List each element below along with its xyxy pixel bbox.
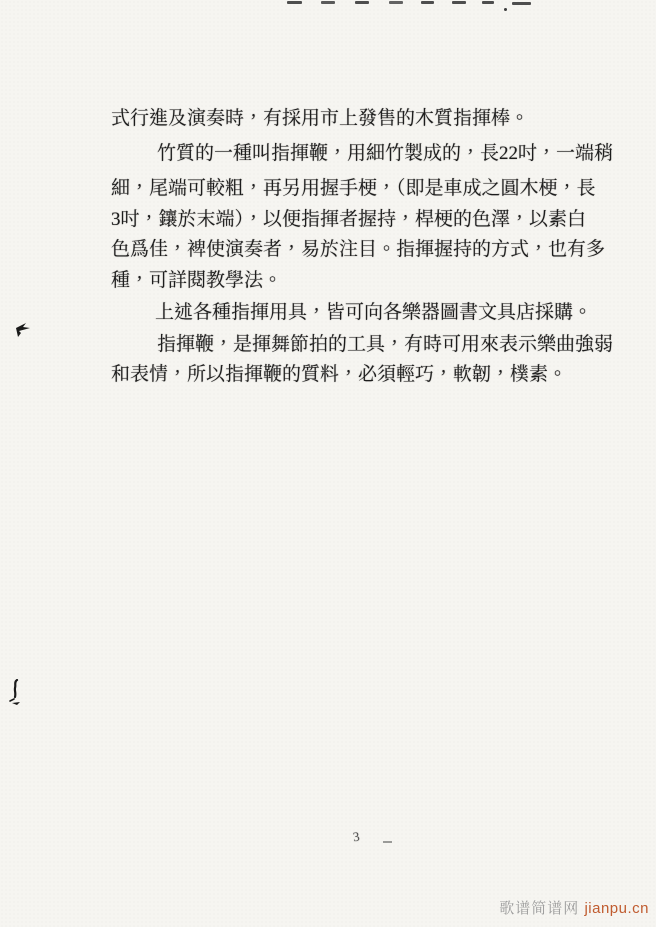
- ink-squiggle-mark: [10, 679, 22, 699]
- text-line: 色爲佳，裨使演奏者，易於注目。指揮握持的方式，也有多: [111, 238, 605, 262]
- scan-artifact-dash: [355, 1, 369, 4]
- text-line: 細，尾端可較粗，再另用握手梗，（即是車成之圓木梗，長: [111, 177, 596, 201]
- text-line: 指揮鞭，是揮舞節拍的工具，有時可用來表示樂曲強弱: [157, 333, 613, 357]
- text-line: 上述各種指揮用具，皆可向各樂器圖書文具店採購。: [155, 301, 592, 325]
- ink-cross-mark: [8, 697, 22, 707]
- watermark-site-name: 歌谱简谱网: [499, 900, 579, 917]
- text-line: 種，可詳閱教學法。: [111, 269, 282, 293]
- text-line: 竹質的一種叫指揮鞭，用細竹製成的，長22吋，一端稍: [157, 142, 613, 166]
- text-line: 和表情，所以指揮鞭的質料，必須輕巧，軟韌，樸素。: [111, 363, 567, 387]
- watermark: 歌谱简谱网 jianpu.cn: [499, 897, 649, 918]
- scanned-document-page: 式行進及演奏時，有採用市上發售的木質指揮棒。 竹質的一種叫指揮鞭，用細竹製成的，…: [0, 0, 656, 927]
- watermark-site-url: jianpu.cn: [584, 900, 649, 917]
- page-number: 3: [352, 829, 361, 846]
- scan-artifact-dash: [482, 1, 494, 4]
- scan-artifact-dash: [321, 1, 335, 4]
- scan-artifact-dash: [389, 1, 403, 4]
- scan-artifact-dash: [421, 1, 434, 4]
- text-line: 式行進及演奏時，有採用市上發售的木質指揮棒。: [111, 107, 529, 131]
- scan-artifact-dash: [383, 841, 392, 843]
- ink-blot-mark: [15, 321, 33, 339]
- scan-artifact-dash: [512, 2, 531, 5]
- text-line: 3吋，鑲於末端），以便指揮者握持，桿梗的色澤，以素白: [111, 208, 586, 232]
- scan-artifact-dash: [287, 1, 302, 4]
- scan-artifact-dot: [504, 8, 507, 11]
- scan-artifact-dash: [452, 1, 466, 4]
